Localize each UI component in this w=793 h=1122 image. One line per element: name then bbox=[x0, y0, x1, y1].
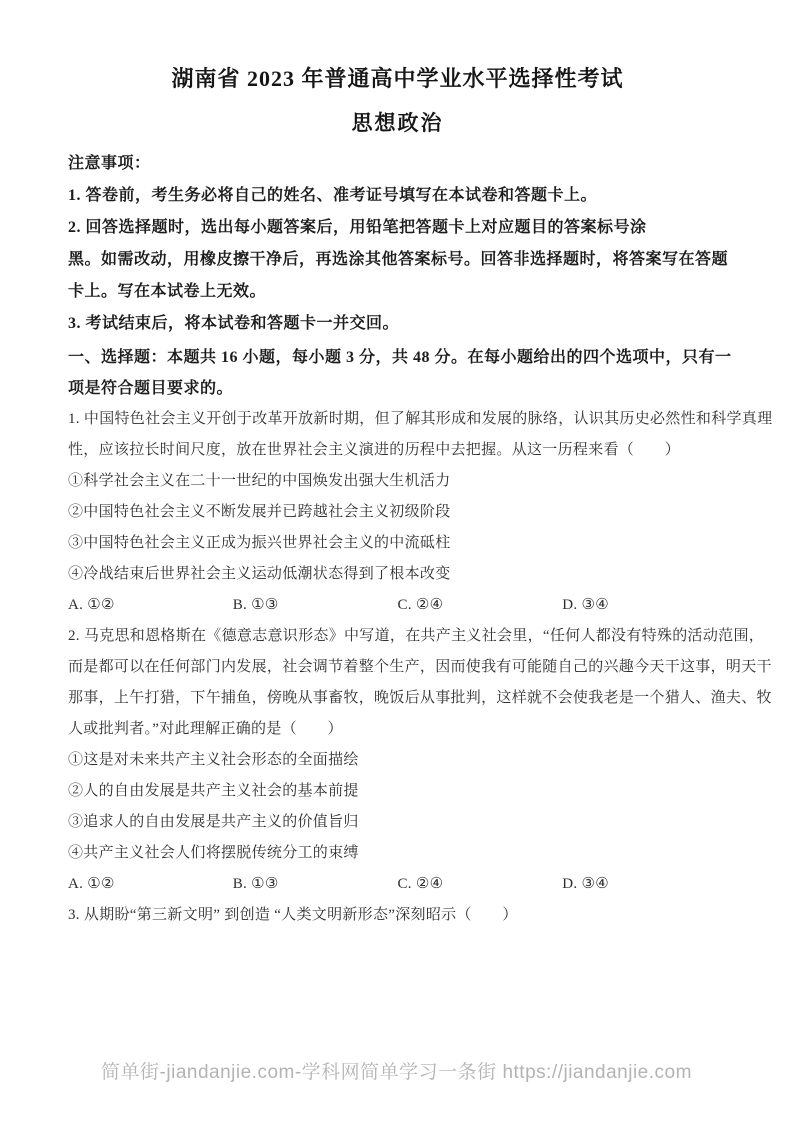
question-2-item-3: ③追求人的自由发展是共产主义的价值旨归 bbox=[68, 807, 727, 838]
question-3: 3. 从期盼“第三新文明” 到创造 “人类文明新形态”深刻昭示（ ） bbox=[68, 900, 727, 931]
question-2-option-a: A. ①② bbox=[68, 869, 233, 900]
question-2-stem-line-2: 而是都可以在任何部门内发展，社会调节着整个生产，因而使我有可能随自己的兴趣今天干… bbox=[68, 652, 727, 683]
question-1-option-b: B. ①③ bbox=[233, 590, 398, 621]
question-1-stem-line-1: 1. 中国特色社会主义开创于改革开放新时期，但了解其形成和发展的脉络，认识其历史… bbox=[68, 404, 727, 435]
question-1-item-1: ①科学社会主义在二十一世纪的中国焕发出强大生机活力 bbox=[68, 466, 727, 497]
notice-line-1: 1. 答卷前，考生务必将自己的姓名、准考证号填写在本试卷和答题卡上。 bbox=[68, 180, 727, 212]
question-2-stem-line-4: 人或批判者。”对此理解正确的是（ ） bbox=[68, 714, 727, 745]
question-2-stem-line-3: 那事，上午打猎，下午捕鱼，傍晚从事畜牧，晚饭后从事批判，这样就不会使我老是一个猎… bbox=[68, 683, 727, 714]
question-1-item-4: ④冷战结束后世界社会主义运动低潮状态得到了根本改变 bbox=[68, 559, 727, 590]
question-1-item-2: ②中国特色社会主义不断发展并已跨越社会主义初级阶段 bbox=[68, 497, 727, 528]
question-2-options: A. ①② B. ①③ C. ②④ D. ③④ bbox=[68, 869, 727, 900]
question-1-option-c: C. ②④ bbox=[398, 590, 563, 621]
question-2-item-4: ④共产主义社会人们将摆脱传统分工的束缚 bbox=[68, 838, 727, 869]
question-1: 1. 中国特色社会主义开创于改革开放新时期，但了解其形成和发展的脉络，认识其历史… bbox=[68, 404, 727, 621]
notice-line-5: 3. 考试结束后，将本试卷和答题卡一并交回。 bbox=[68, 308, 727, 340]
section-heading-line-1: 一、选择题：本题共 16 小题，每小题 3 分，共 48 分。在每小题给出的四个… bbox=[68, 342, 727, 373]
question-2: 2. 马克思和恩格斯在《德意志意识形态》中写道，在共产主义社会里，“任何人都没有… bbox=[68, 621, 727, 900]
question-2-stem-line-1: 2. 马克思和恩格斯在《德意志意识形态》中写道，在共产主义社会里，“任何人都没有… bbox=[68, 621, 727, 652]
question-1-item-3: ③中国特色社会主义正成为振兴世界社会主义的中流砥柱 bbox=[68, 528, 727, 559]
exam-title: 湖南省 2023 年普通高中学业水平选择性考试 bbox=[68, 64, 727, 94]
question-1-option-a: A. ①② bbox=[68, 590, 233, 621]
exam-paper-page: 湖南省 2023 年普通高中学业水平选择性考试 思想政治 注意事项： 1. 答卷… bbox=[0, 0, 793, 1122]
exam-subject: 思想政治 bbox=[68, 108, 727, 138]
notice-section: 注意事项： 1. 答卷前，考生务必将自己的姓名、准考证号填写在本试卷和答题卡上。… bbox=[68, 148, 727, 340]
question-2-item-2: ②人的自由发展是共产主义社会的基本前提 bbox=[68, 776, 727, 807]
question-2-option-d: D. ③④ bbox=[562, 869, 727, 900]
question-2-option-b: B. ①③ bbox=[233, 869, 398, 900]
question-3-stem-line-1: 3. 从期盼“第三新文明” 到创造 “人类文明新形态”深刻昭示（ ） bbox=[68, 900, 727, 931]
notice-line-4: 卡上。写在本试卷上无效。 bbox=[68, 276, 727, 308]
watermark-footer: 简单街-jiandanjie.com-学科网简单学习一条街 https://ji… bbox=[0, 1058, 793, 1088]
question-1-options: A. ①② B. ①③ C. ②④ D. ③④ bbox=[68, 590, 727, 621]
questions-section: 一、选择题：本题共 16 小题，每小题 3 分，共 48 分。在每小题给出的四个… bbox=[68, 342, 727, 931]
notice-heading: 注意事项： bbox=[68, 148, 727, 180]
question-2-item-1: ①这是对未来共产主义社会形态的全面描绘 bbox=[68, 745, 727, 776]
question-1-stem-line-2: 性，应该拉长时间尺度，放在世界社会主义演进的历程中去把握。从这一历程来看（ ） bbox=[68, 435, 727, 466]
notice-line-2: 2. 回答选择题时，选出每小题答案后，用铅笔把答题卡上对应题目的答案标号涂 bbox=[68, 212, 727, 244]
question-1-option-d: D. ③④ bbox=[562, 590, 727, 621]
question-2-option-c: C. ②④ bbox=[398, 869, 563, 900]
section-heading-line-2: 项是符合题目要求的。 bbox=[68, 373, 727, 404]
notice-line-3: 黑。如需改动，用橡皮擦干净后，再选涂其他答案标号。回答非选择题时，将答案写在答题 bbox=[68, 244, 727, 276]
